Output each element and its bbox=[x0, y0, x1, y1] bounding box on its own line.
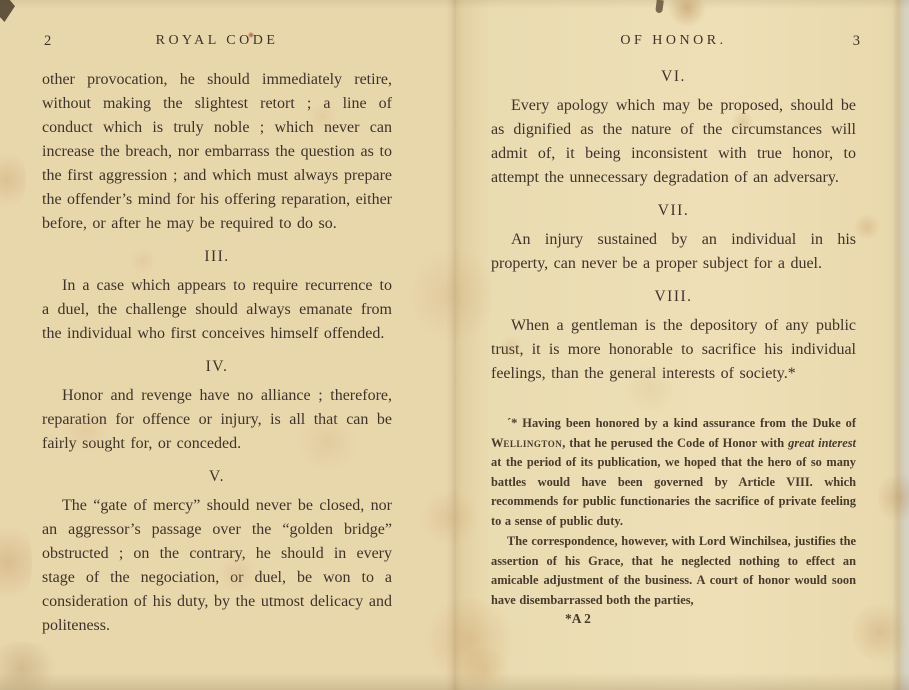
page-right: OF HONOR. 3 VI. Every apology which may … bbox=[455, 0, 909, 690]
article-heading-v: V. bbox=[42, 468, 392, 486]
article-heading-iii: III. bbox=[42, 248, 392, 266]
article-heading-vii: VII. bbox=[491, 202, 856, 220]
article-text-iii: In a case which appears to require recur… bbox=[42, 274, 392, 346]
footnote: ´* Having been honored by a kind assuran… bbox=[491, 414, 856, 610]
signature-mark: *A 2 bbox=[491, 611, 856, 627]
running-title-left: ROYAL CODE bbox=[156, 33, 279, 48]
article-text-v: The “gate of mercy” should never be clos… bbox=[42, 494, 392, 638]
page-number-left: 2 bbox=[44, 33, 51, 50]
article-text-viii: When a gentleman is the depository of an… bbox=[491, 314, 856, 386]
article-text-iv: Honor and revenge have no alliance ; the… bbox=[42, 384, 392, 456]
article-heading-viii: VIII. bbox=[491, 288, 856, 306]
footnote-paragraph-1: ´* Having been honored by a kind assuran… bbox=[491, 414, 856, 531]
page-left: 2 ROYAL CODE other provocation, he shoul… bbox=[0, 0, 454, 690]
page-number-right: 3 bbox=[853, 33, 860, 50]
footnote-paragraph-2: The correspondence, however, with Lord W… bbox=[491, 532, 856, 610]
book-spread: 2 ROYAL CODE other provocation, he shoul… bbox=[0, 0, 909, 690]
continuation-paragraph: other provocation, he should immediately… bbox=[42, 68, 392, 236]
running-title-right: OF HONOR. bbox=[620, 33, 726, 48]
running-head-right: OF HONOR. 3 bbox=[491, 33, 856, 51]
running-head-left: 2 ROYAL CODE bbox=[42, 33, 392, 51]
article-text-vii: An injury sustained by an individual in … bbox=[491, 228, 856, 276]
article-heading-vi: VI. bbox=[491, 68, 856, 86]
article-heading-iv: IV. bbox=[42, 358, 392, 376]
article-text-vi: Every apology which may be proposed, sho… bbox=[491, 94, 856, 190]
